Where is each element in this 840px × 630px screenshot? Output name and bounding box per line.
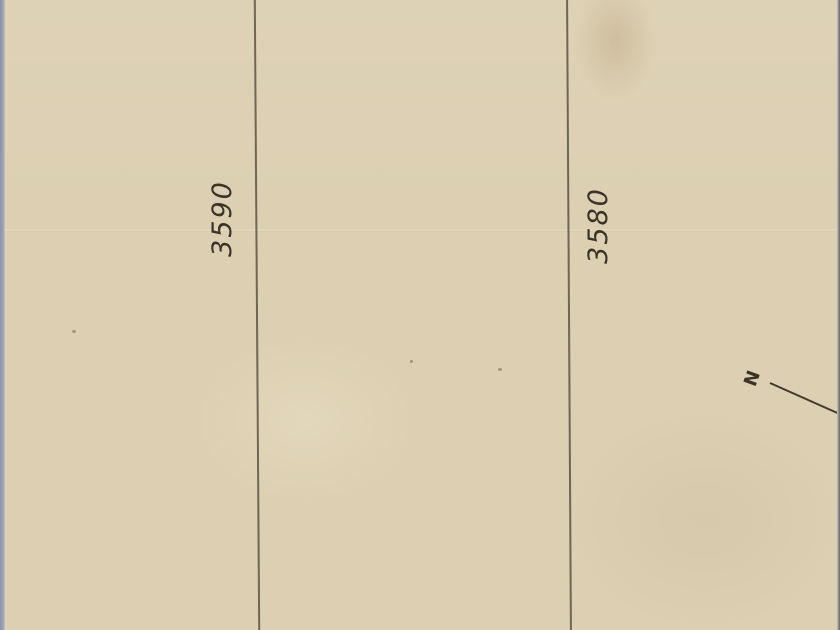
paper-speck bbox=[410, 360, 413, 363]
grid-label-3590: 3590 bbox=[207, 180, 238, 257]
paper-fold-line bbox=[5, 229, 837, 231]
paper-speck bbox=[498, 368, 502, 371]
map-viewer[interactable]: 3590 3580 N bbox=[0, 0, 840, 630]
paper-speck bbox=[72, 330, 76, 333]
map-paper bbox=[5, 0, 837, 630]
grid-label-3580: 3580 bbox=[583, 187, 614, 264]
